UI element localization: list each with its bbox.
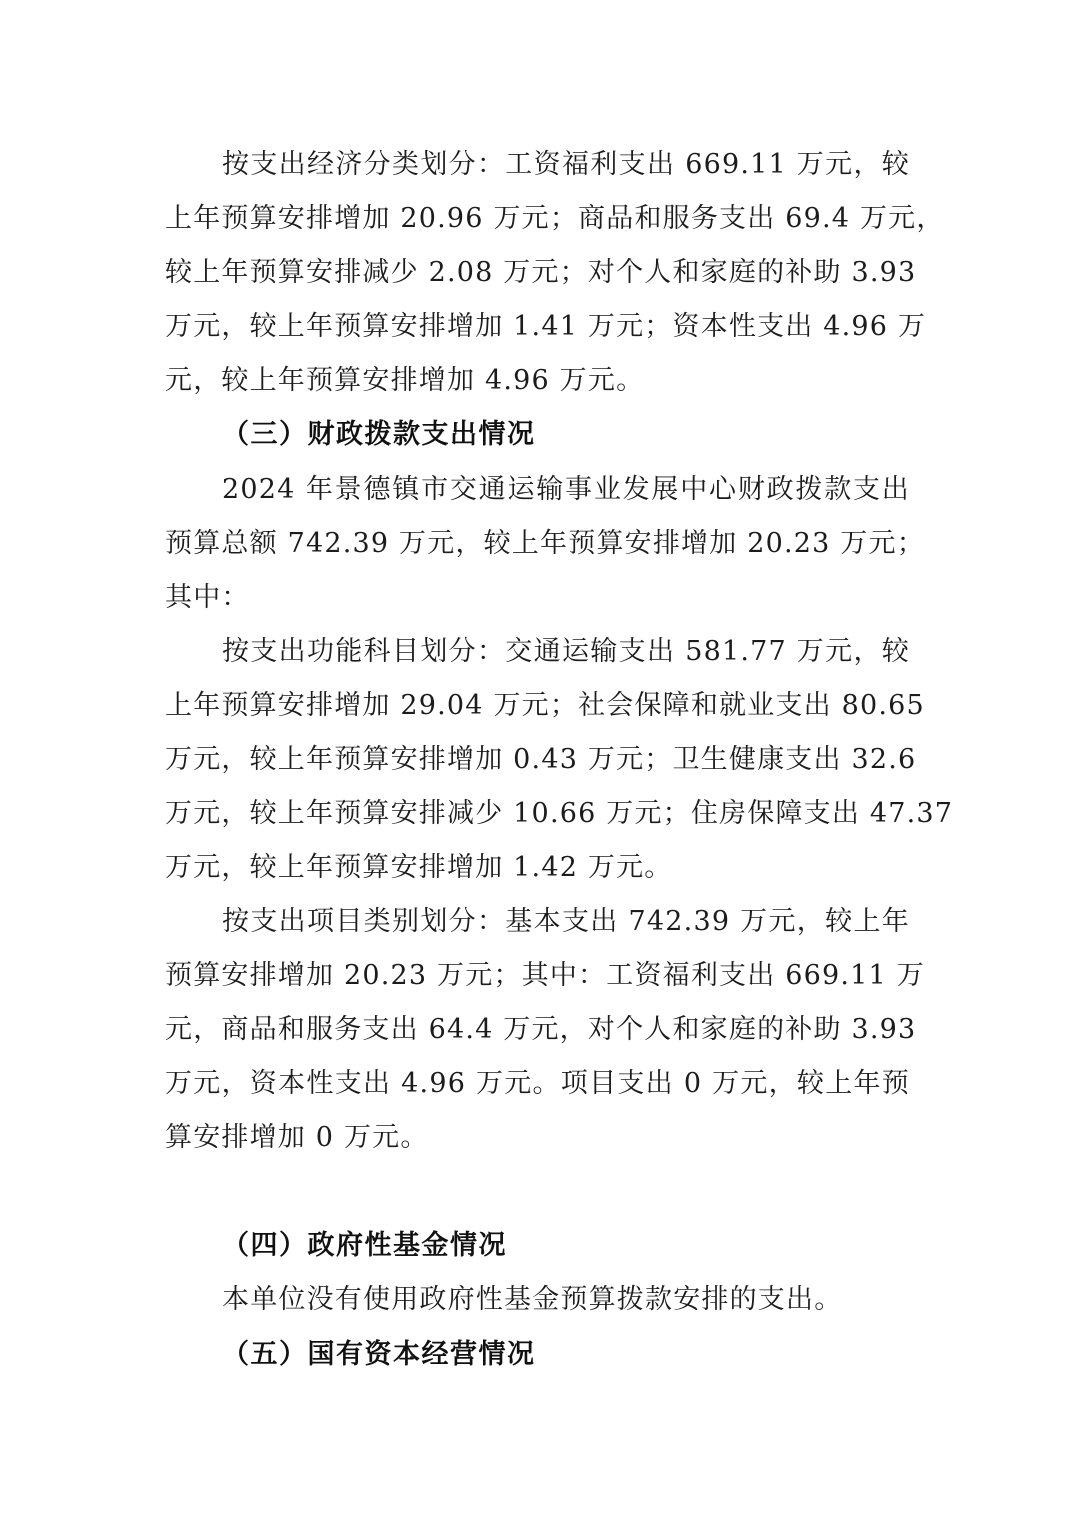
section-5-heading: （五）国有资本经营情况 — [222, 1335, 536, 1375]
economic-classification-line-1: 按支出经济分类划分：工资福利支出 669.11 万元，较 — [222, 145, 910, 185]
section-3-heading: （三）财政拨款支出情况 — [222, 415, 536, 455]
fiscal-total-line-1: 2024 年景德镇市交通运输事业发展中心财政拨款支出 — [222, 470, 910, 510]
project-category-line-1: 按支出项目类别划分：基本支出 742.39 万元，较上年 — [222, 902, 910, 942]
document-page: 按支出经济分类划分：工资福利支出 669.11 万元，较 上年预算安排增加 20… — [0, 0, 1074, 1520]
economic-classification-line-4: 万元，较上年预算安排增加 1.41 万元；资本性支出 4.96 万 — [165, 307, 910, 347]
fiscal-total-line-2: 预算总额 742.39 万元，较上年预算安排增加 20.23 万元； — [165, 524, 910, 564]
project-category-line-5: 算安排增加 0 万元。 — [165, 1118, 910, 1158]
economic-classification-line-2: 上年预算安排增加 20.96 万元；商品和服务支出 69.4 万元， — [165, 199, 910, 239]
functional-classification-line-5: 万元，较上年预算安排增加 1.42 万元。 — [165, 848, 910, 888]
economic-classification-line-3: 较上年预算安排减少 2.08 万元；对个人和家庭的补助 3.93 — [165, 253, 910, 293]
section-4-heading: （四）政府性基金情况 — [222, 1226, 507, 1266]
government-fund-text: 本单位没有使用政府性基金预算拨款安排的支出。 — [222, 1280, 910, 1320]
fiscal-total-line-3: 其中： — [165, 578, 910, 618]
functional-classification-line-1: 按支出功能科目划分：交通运输支出 581.77 万元，较 — [222, 632, 910, 672]
functional-classification-line-2: 上年预算安排增加 29.04 万元；社会保障和就业支出 80.65 — [165, 686, 910, 726]
project-category-line-4: 万元，资本性支出 4.96 万元。项目支出 0 万元，较上年预 — [165, 1064, 910, 1104]
project-category-line-2: 预算安排增加 20.23 万元；其中：工资福利支出 669.11 万 — [165, 956, 910, 996]
economic-classification-line-5: 元，较上年预算安排增加 4.96 万元。 — [165, 361, 910, 401]
functional-classification-line-4: 万元，较上年预算安排减少 10.66 万元；住房保障支出 47.37 — [165, 794, 910, 834]
functional-classification-line-3: 万元，较上年预算安排增加 0.43 万元；卫生健康支出 32.6 — [165, 740, 910, 780]
project-category-line-3: 元，商品和服务支出 64.4 万元，对个人和家庭的补助 3.93 — [165, 1010, 910, 1050]
